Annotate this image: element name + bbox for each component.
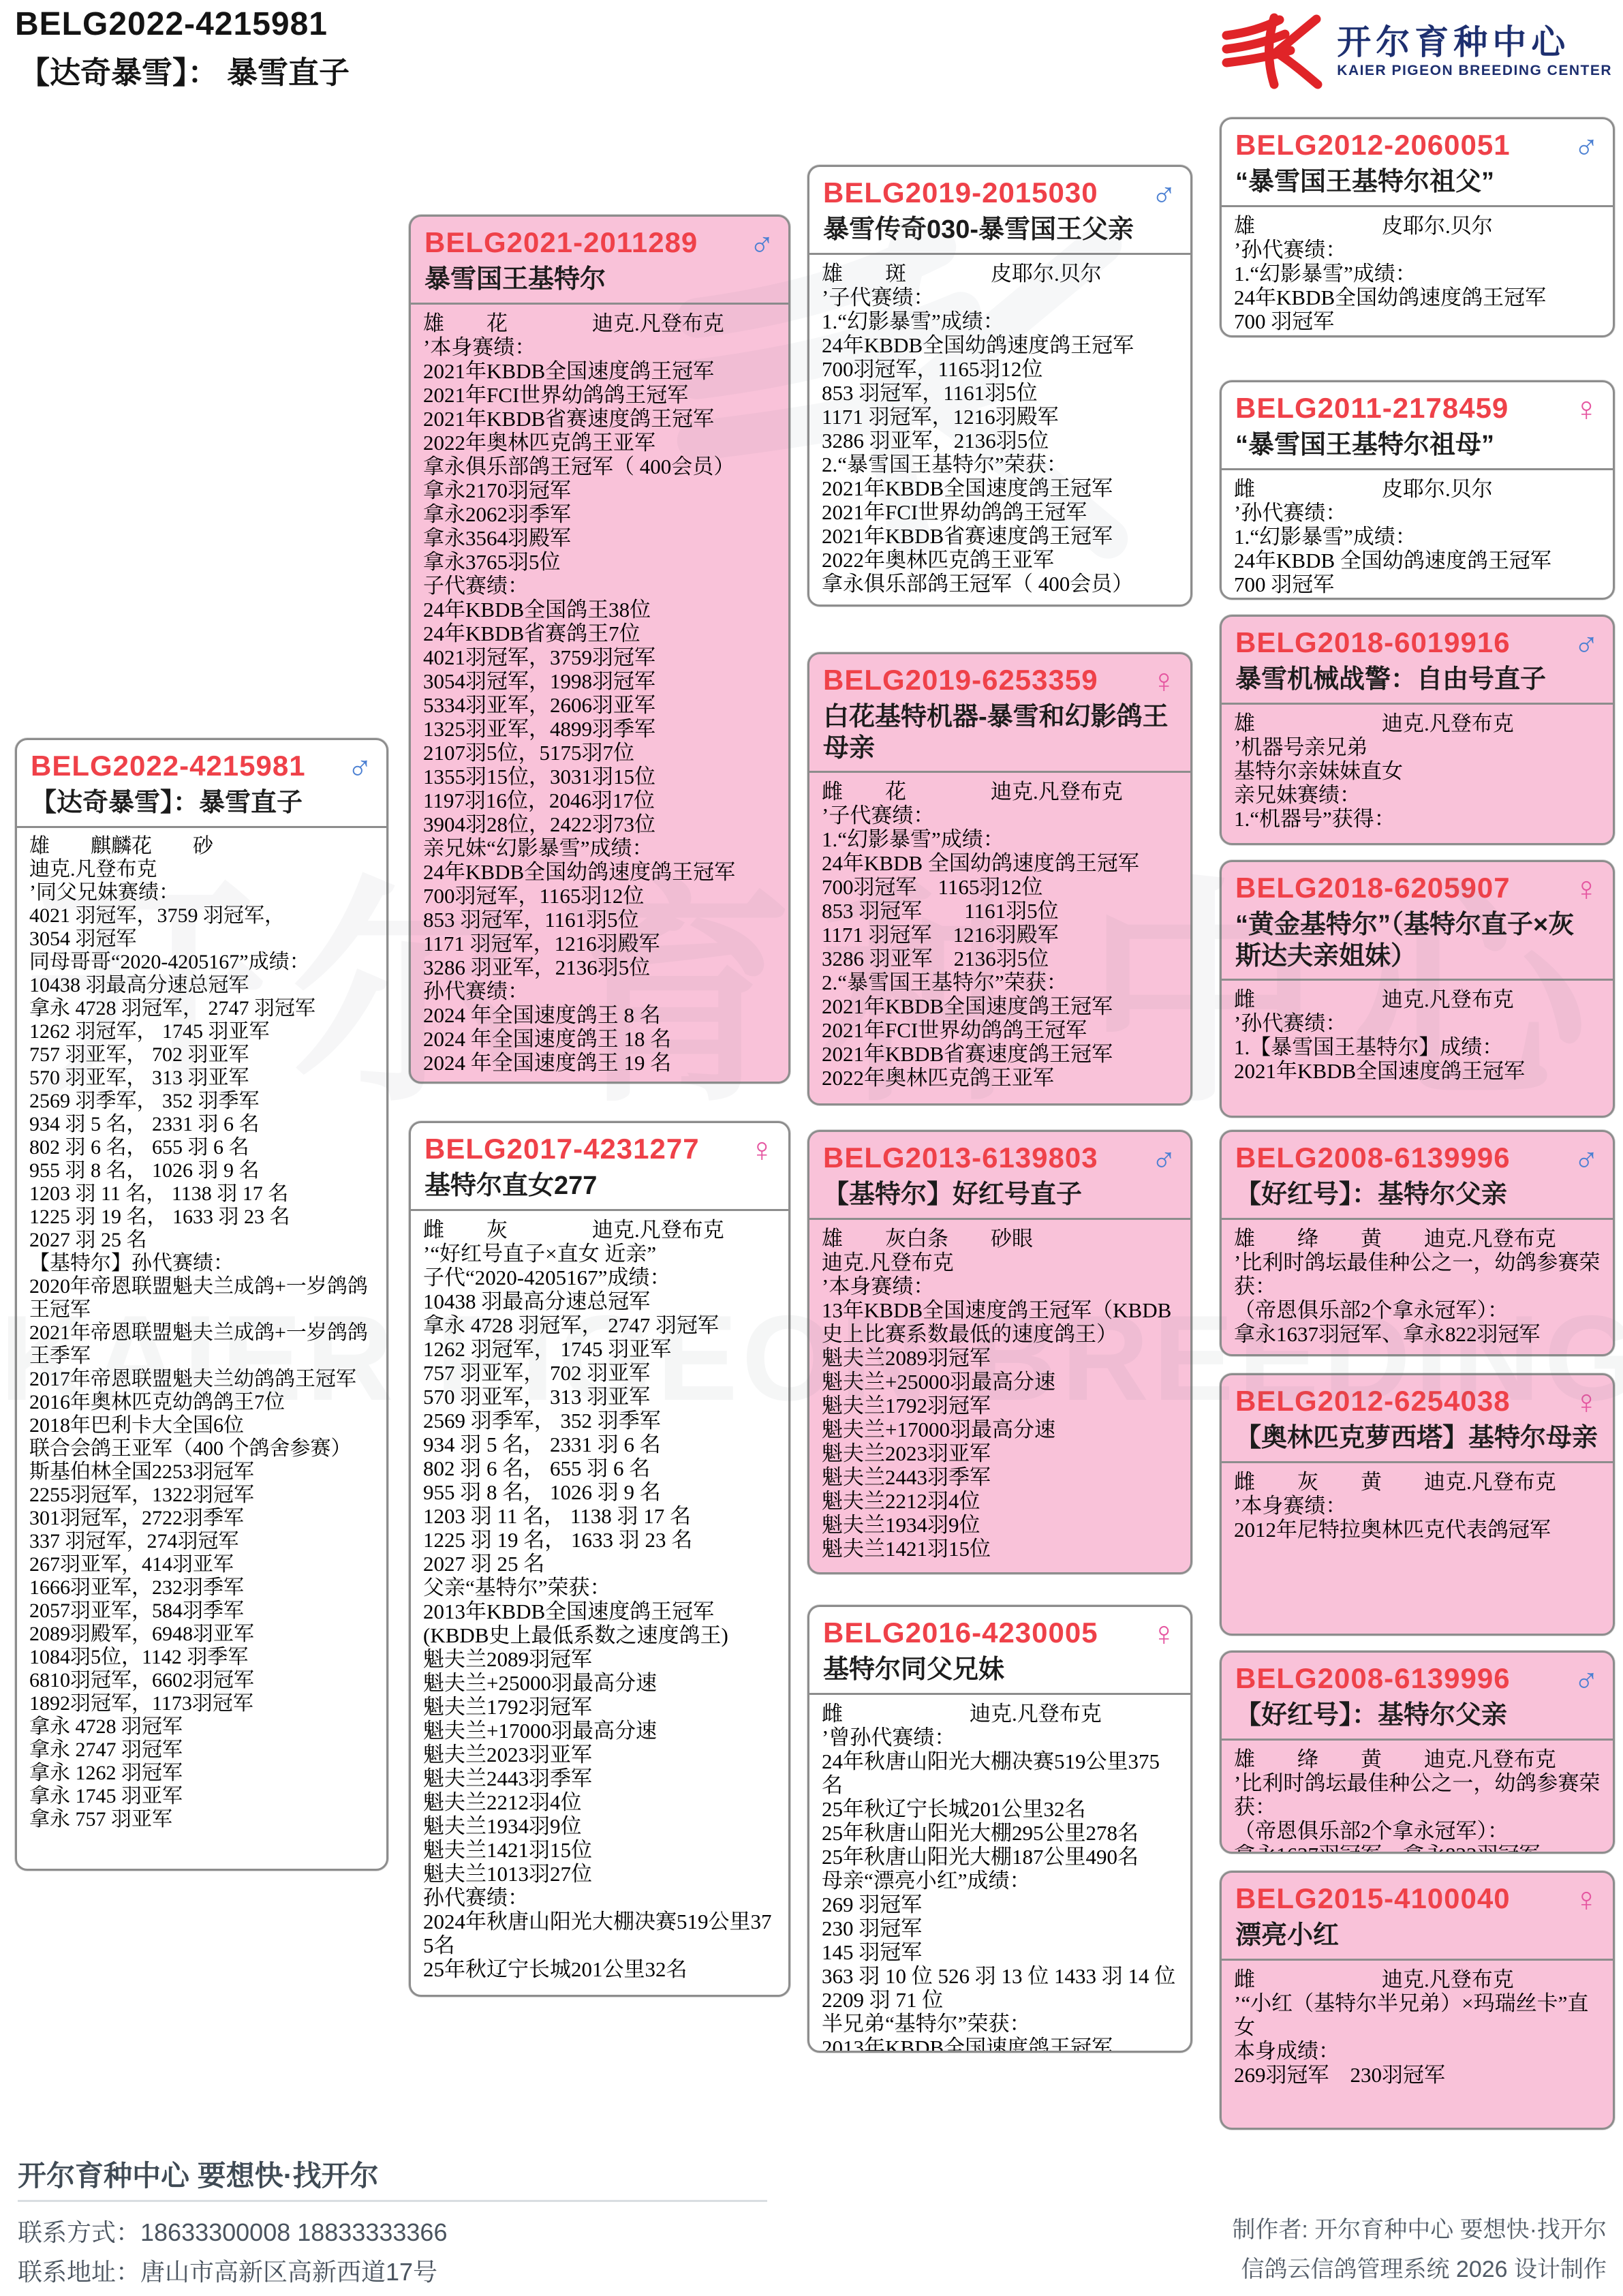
female-icon: ♀ [1574, 1385, 1600, 1419]
card-header: ♂BELG2012-2060051“暴雪国王基特尔祖父” [1222, 119, 1613, 207]
pedigree-card-subject: ♂BELG2022-4215981【达奇暴雪】：暴雪直子雄 麒麟花 砂 迪克.凡… [15, 738, 388, 1871]
card-header: ♀BELG2019-6253359白花基特机器-暴雪和幻影鸽王母亲 [809, 654, 1190, 773]
pigeon-details: 雄 灰白条 砂眼 迪克.凡登布克 ’本身赛绩： 13年KBDB全国速度鸽王冠军（… [809, 1220, 1190, 1569]
ring-number: BELG2012-6254038 [1235, 1385, 1511, 1418]
male-icon: ♂ [1574, 129, 1600, 163]
ring-number: BELG2022-4215981 [31, 750, 306, 782]
pedigree-card-sire: ♂BELG2021-2011289暴雪国王基特尔雄 花 迪克.凡登布克 ’本身赛… [409, 215, 790, 1084]
card-header: ♀BELG2011-2178459“暴雪国王基特尔祖母” [1222, 382, 1613, 470]
ring-number: BELG2011-2178459 [1235, 392, 1509, 425]
male-icon: ♂ [749, 226, 775, 260]
pigeon-name: “黄金基特尔”（基特尔直子×灰斯达夫亲姐妹） [1235, 910, 1599, 972]
pigeon-details: 雌 迪克.凡登布克 ’“小红（基特尔半兄弟）×玛瑞丝卡”直女 本身成绩： 269… [1222, 1961, 1613, 2095]
female-icon: ♀ [749, 1133, 775, 1167]
pedigree-card-sire-sire-dam: ♀BELG2011-2178459“暴雪国王基特尔祖母”雌 皮耶尔.贝尔 ’孙代… [1220, 380, 1615, 600]
footer-producer: 制作者: 开尔育种中心 要想快·找开尔 [1232, 2211, 1607, 2250]
card-header: ♀BELG2018-6205907“黄金基特尔”（基特尔直子×灰斯达夫亲姐妹） [1222, 862, 1613, 981]
pigeon-name: “暴雪国王基特尔祖母” [1235, 430, 1599, 461]
pigeon-details: 雄 迪克.凡登布克 ’机器号亲兄弟 基特尔亲妹妹直女 亲兄妹赛绩： 1.“机器号… [1222, 705, 1613, 839]
card-header: ♂BELG2008-6139996【好红号】：基特尔父亲 [1222, 1132, 1613, 1220]
page-subtitle: 【达奇暴雪】： 暴雪直子 [19, 48, 350, 92]
female-icon: ♀ [1151, 1617, 1177, 1651]
pigeon-name: 【好红号】：基特尔父亲 [1235, 1180, 1599, 1211]
pigeon-details: 雄 麒麟花 砂 迪克.凡登布克 ’同父兄妹赛绩： 4021 羽冠军，3759 羽… [17, 828, 386, 1839]
pigeon-details: 雌 花 迪克.凡登布克 ’子代赛绩： 1.“幻影暴雪”成绩： 24年KBDB 全… [809, 773, 1190, 1098]
pigeon-name: 暴雪传奇030-暴雪国王父亲 [823, 215, 1177, 246]
male-icon: ♂ [1574, 1662, 1600, 1696]
card-header: ♂BELG2008-6139996【好红号】：基特尔父亲 [1222, 1653, 1613, 1741]
ring-number: BELG2021-2011289 [424, 226, 698, 259]
pigeon-name: “暴雪国王基特尔祖父” [1235, 167, 1599, 198]
card-header: ♂BELG2021-2011289暴雪国王基特尔 [411, 217, 788, 305]
page-title: BELG2022-4215981 [15, 5, 328, 43]
pedigree-card-dam-dam: ♀BELG2016-4230005基特尔同父兄妹雌 迪克.凡登布克 ’曾孙代赛绩… [807, 1605, 1192, 2053]
pedigree-card-dam-sire: ♂BELG2013-6139803【基特尔】好红号直子雄 灰白条 砂眼 迪克.凡… [807, 1130, 1192, 1574]
card-header: ♂BELG2022-4215981【达奇暴雪】：暴雪直子 [17, 740, 386, 828]
male-icon: ♂ [1151, 1142, 1177, 1176]
pigeon-details: 雌 灰 黄 迪克.凡登布克 ’本身赛绩： 2012年尼特拉奥林匹克代表鸽冠军 [1222, 1463, 1613, 1550]
ring-number: BELG2012-2060051 [1235, 129, 1511, 162]
female-icon: ♀ [1151, 664, 1177, 698]
footer-divider [18, 2200, 767, 2202]
footer-brand: 开尔育种中心 要想快·找开尔 [18, 2154, 379, 2194]
pigeon-name: 暴雪国王基特尔 [424, 264, 775, 296]
pigeon-details: 雄 斑 皮耶尔.贝尔 ’子代赛绩： 1.“幻影暴雪”成绩： 24年KBDB全国幼… [809, 255, 1190, 604]
pigeon-name: 【达奇暴雪】：暴雪直子 [31, 788, 373, 819]
logo-name-en: KAIER PIGEON BREEDING CENTER [1337, 63, 1612, 79]
pedigree-card-dam: ♀BELG2017-4231277基特尔直女277雌 灰 迪克.凡登布克 ’“好… [409, 1121, 790, 1997]
footer-system: 信鸽云信鸽管理系统 2026 设计制作 [1232, 2250, 1607, 2290]
pedigree-card-dam-sire-sire: ♂BELG2008-6139996【好红号】：基特尔父亲雄 绛 黄 迪克.凡登布… [1220, 1130, 1615, 1356]
ring-number: BELG2016-4230005 [823, 1617, 1098, 1649]
footer-address: 联系地址：唐山市高新区高新西道17号 [18, 2253, 437, 2288]
ring-number: BELG2008-6139996 [1235, 1142, 1511, 1174]
pigeon-name: 白花基特机器-暴雪和幻影鸽王母亲 [823, 702, 1177, 764]
male-icon: ♂ [1574, 1142, 1600, 1176]
female-icon: ♀ [1574, 872, 1600, 906]
ring-number: BELG2017-4231277 [424, 1133, 700, 1165]
card-header: ♂BELG2019-2015030暴雪传奇030-暴雪国王父亲 [809, 167, 1190, 255]
footer-credits: 制作者: 开尔育种中心 要想快·找开尔 信鸽云信鸽管理系统 2026 设计制作 [1232, 2211, 1607, 2290]
card-header: ♀BELG2016-4230005基特尔同父兄妹 [809, 1607, 1190, 1695]
card-header: ♀BELG2015-4100040漂亮小红 [1222, 1873, 1613, 1961]
pedigree-card-sire-sire-sire: ♂BELG2012-2060051“暴雪国王基特尔祖父”雄 皮耶尔.贝尔 ’孙代… [1220, 117, 1615, 337]
ring-number: BELG2019-6253359 [823, 664, 1098, 697]
male-icon: ♂ [1151, 177, 1177, 211]
card-header: ♀BELG2017-4231277基特尔直女277 [411, 1123, 788, 1211]
ring-number: BELG2018-6019916 [1235, 626, 1511, 659]
pedigree-page: { "page": { "title": "BELG2022-4215981",… [0, 0, 1623, 2296]
pigeon-name: 【奥林匹克萝西塔】基特尔母亲 [1235, 1423, 1599, 1454]
ring-number: BELG2015-4100040 [1235, 1882, 1511, 1915]
ring-number: BELG2019-2015030 [823, 177, 1098, 209]
pedigree-card-dam-dam-sire: ♂BELG2008-6139996【好红号】：基特尔父亲雄 绛 黄 迪克.凡登布… [1220, 1651, 1615, 1854]
pigeon-name: 漂亮小红 [1235, 1920, 1599, 1952]
pigeon-details: 雄 皮耶尔.贝尔 ’孙代赛绩： 1.“幻影暴雪”成绩： 24年KBDB全国幼鸽速… [1222, 207, 1613, 337]
logo-name-cn: 开尔育种中心 [1337, 24, 1570, 61]
pedigree-card-sire-dam-dam: ♀BELG2018-6205907“黄金基特尔”（基特尔直子×灰斯达夫亲姐妹）雌… [1220, 860, 1615, 1118]
pedigree-card-sire-dam-sire: ♂BELG2018-6019916暴雪机械战警：自由号直子雄 迪克.凡登布克 ’… [1220, 615, 1615, 845]
female-icon: ♀ [1574, 392, 1600, 426]
female-icon: ♀ [1574, 1882, 1600, 1916]
kaier-k-icon [1217, 11, 1326, 91]
male-icon: ♂ [347, 750, 373, 784]
pigeon-details: 雌 皮耶尔.贝尔 ’孙代赛绩： 1.“幻影暴雪”成绩： 24年KBDB 全国幼鸽… [1222, 470, 1613, 600]
pigeon-details: 雄 绛 黄 迪克.凡登布克 ’比利时鸽坛最佳种公之一，幼鸽参赛荣获： （帝恩俱乐… [1222, 1220, 1613, 1354]
pigeon-name: 基特尔直女277 [424, 1171, 775, 1202]
pigeon-details: 雌 迪克.凡登布克 ’孙代赛绩： 1.【暴雪国王基特尔】成绩： 2021年KBD… [1222, 981, 1613, 1091]
pigeon-details: 雌 灰 迪克.凡登布克 ’“好红号直子×直女 近亲” 子代“2020-42051… [411, 1211, 788, 1989]
male-icon: ♂ [1574, 626, 1600, 660]
pedigree-card-dam-sire-dam: ♀BELG2012-6254038【奥林匹克萝西塔】基特尔母亲雌 灰 黄 迪克.… [1220, 1373, 1615, 1636]
pigeon-name: 【好红号】：基特尔父亲 [1235, 1700, 1599, 1732]
card-header: ♀BELG2012-6254038【奥林匹克萝西塔】基特尔母亲 [1222, 1375, 1613, 1463]
pedigree-card-sire-sire: ♂BELG2019-2015030暴雪传奇030-暴雪国王父亲雄 斑 皮耶尔.贝… [807, 165, 1192, 607]
card-header: ♂BELG2018-6019916暴雪机械战警：自由号直子 [1222, 617, 1613, 705]
pigeon-details: 雌 迪克.凡登布克 ’曾孙代赛绩： 24年秋唐山阳光大棚决赛519公里375名 … [809, 1695, 1190, 2053]
pigeon-name: 基特尔同父兄妹 [823, 1655, 1177, 1686]
ring-number: BELG2008-6139996 [1235, 1662, 1511, 1695]
pedigree-card-sire-dam: ♀BELG2019-6253359白花基特机器-暴雪和幻影鸽王母亲雌 花 迪克.… [807, 652, 1192, 1105]
kaier-logo: 开尔育种中心 KAIER PIGEON BREEDING CENTER [1217, 11, 1612, 91]
card-header: ♂BELG2013-6139803【基特尔】好红号直子 [809, 1132, 1190, 1220]
pigeon-name: 暴雪机械战警：自由号直子 [1235, 664, 1599, 696]
footer-contact: 联系方式：18633300008 18833333366 [18, 2214, 447, 2248]
ring-number: BELG2018-6205907 [1235, 872, 1511, 904]
ring-number: BELG2013-6139803 [823, 1142, 1098, 1174]
pedigree-card-dam-dam-dam: ♀BELG2015-4100040漂亮小红雌 迪克.凡登布克 ’“小红（基特尔半… [1220, 1871, 1615, 2130]
pigeon-name: 【基特尔】好红号直子 [823, 1180, 1177, 1211]
pigeon-details: 雄 花 迪克.凡登布克 ’本身赛绩： 2021年KBDB全国速度鸽王冠军 202… [411, 305, 788, 1083]
pigeon-details: 雄 绛 黄 迪克.凡登布克 ’比利时鸽坛最佳种公之一，幼鸽参赛荣获： （帝恩俱乐… [1222, 1741, 1613, 1854]
